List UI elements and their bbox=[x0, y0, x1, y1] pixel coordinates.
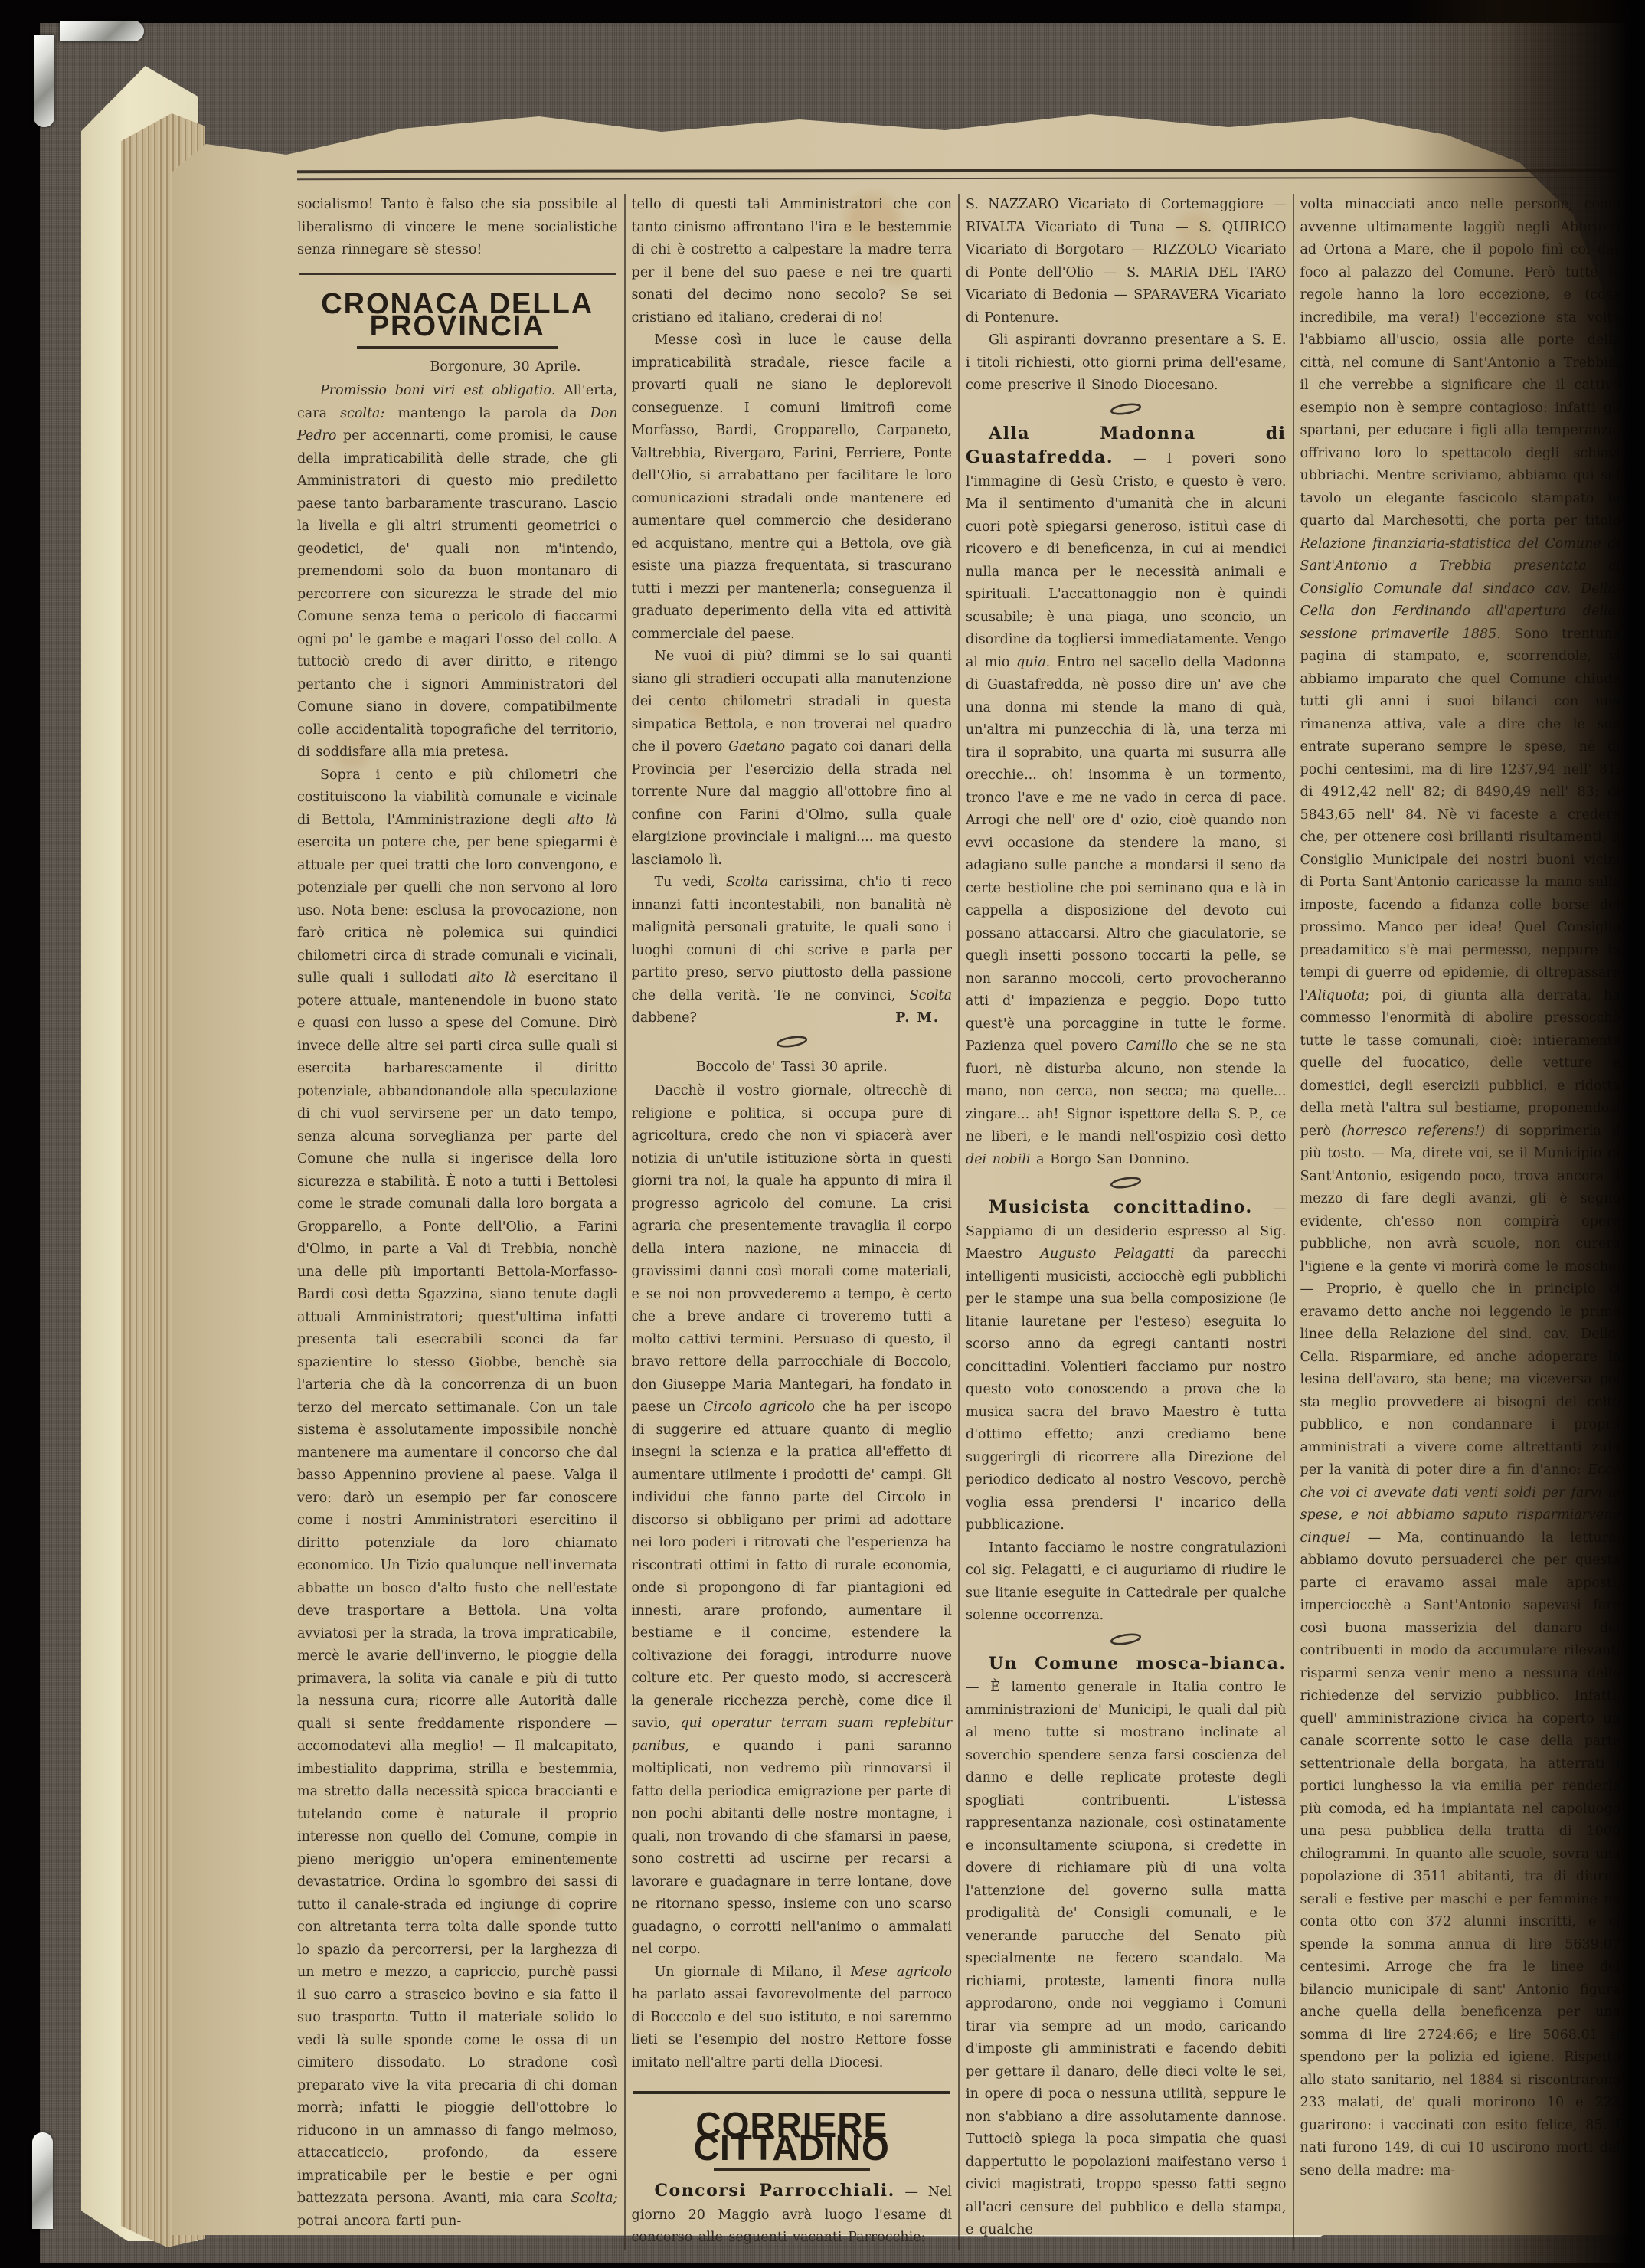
paragraph: Dacchè il vostro giornale, oltrecchè di … bbox=[632, 1080, 953, 1962]
paragraph: socialismo! Tanto è falso che sia possib… bbox=[297, 194, 618, 262]
paragraph: Gli aspiranti dovranno presentare a S. E… bbox=[966, 329, 1287, 398]
ornament-divider bbox=[632, 1034, 953, 1053]
paragraph: Promissio boni viri est obligatio. All'e… bbox=[297, 380, 618, 764]
metal-corner-clip-icon bbox=[34, 35, 54, 127]
paragraph: Messe così in luce le cause della imprat… bbox=[632, 329, 953, 646]
paragraph: Intanto facciamo le nostre congratulazio… bbox=[966, 1537, 1287, 1628]
paragraph: Tu vedi, Scolta carissima, ch'io ti reco… bbox=[632, 872, 953, 1030]
column-1: socialismo! Tanto è falso che sia possib… bbox=[297, 194, 618, 2250]
paragraph: Alla Madonna di Guastafredda. — I poveri… bbox=[966, 423, 1287, 1172]
metal-corner-clip-icon bbox=[32, 2132, 53, 2229]
paragraph: Un Comune mosca-bianca. — È lamento gene… bbox=[966, 1653, 1287, 2242]
column-2: tello di questi tali Amministratori che … bbox=[624, 194, 953, 2250]
column-4: volta minacciati anco nelle persone, com… bbox=[1293, 194, 1621, 2250]
paragraph: tello di questi tali Amministratori che … bbox=[632, 194, 953, 329]
ornament-divider bbox=[966, 401, 1287, 421]
column-3: S. NAZZARO Vicariato di Cortemaggiore — … bbox=[958, 194, 1287, 2250]
article-columns: socialismo! Tanto è falso che sia possib… bbox=[297, 194, 1620, 2250]
section-heading: CRONACA DELLA PROVINCIA bbox=[297, 293, 618, 349]
article-divider-rule bbox=[299, 273, 616, 275]
squiggle-divider-icon bbox=[1107, 1175, 1144, 1190]
paragraph: Ne vuoi di più? dimmi se lo sai quanti s… bbox=[632, 646, 953, 872]
paragraph: volta minacciati anco nelle persone, com… bbox=[1300, 194, 1621, 2182]
metal-corner-clip-icon bbox=[60, 21, 144, 41]
scanned-book-page: socialismo! Tanto è falso che sia possib… bbox=[0, 0, 1645, 2268]
paragraph: Musicista concittadino. — Sappiamo di un… bbox=[966, 1196, 1287, 1537]
ornament-divider bbox=[966, 1175, 1287, 1194]
paragraph: Concorsi Parrocchiali. — Nel giorno 20 M… bbox=[632, 2180, 953, 2250]
ornament-divider bbox=[966, 1631, 1287, 1651]
squiggle-divider-icon bbox=[1107, 401, 1144, 417]
heading-underline bbox=[714, 2168, 870, 2171]
dateline: Boccolo de' Tassi 30 aprile. bbox=[632, 1056, 953, 1079]
squiggle-divider-icon bbox=[773, 1034, 810, 1049]
paragraph: Sopra i cento e più chilometri che costi… bbox=[297, 764, 618, 2234]
paragraph: S. NAZZARO Vicariato di Cortemaggiore — … bbox=[966, 194, 1287, 329]
paragraph: Un giornale di Milano, il Mese agricolo … bbox=[632, 1962, 953, 2075]
heading-underline bbox=[357, 346, 558, 349]
article-divider-rule bbox=[633, 2091, 951, 2094]
section-heading: CORRIERE CITTADINO bbox=[632, 2114, 953, 2171]
dateline: Borgonure, 30 Aprile. bbox=[297, 356, 618, 379]
page-top-double-rule bbox=[297, 169, 1619, 180]
squiggle-divider-icon bbox=[1107, 1631, 1144, 1647]
